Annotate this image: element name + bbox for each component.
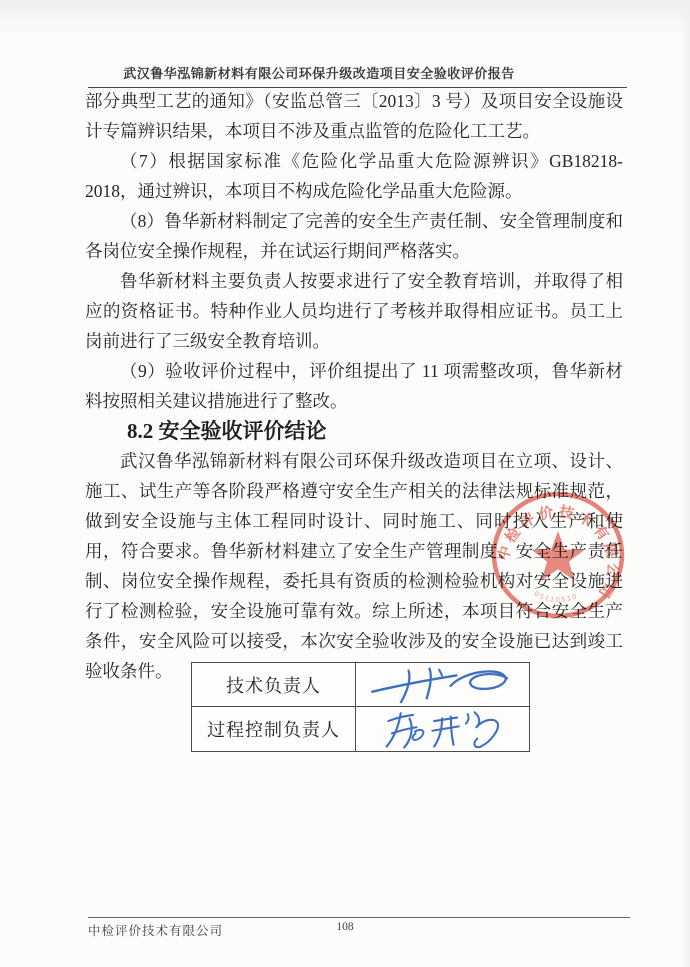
signature-cell-technical [356,663,529,707]
handwritten-signature-process-control [356,707,529,751]
svg-text:05110510: 05110510 [533,591,580,604]
section-heading: 8.2 安全验收评价结论 [85,416,623,446]
page-number: 108 [0,921,690,933]
table-row-label-process-control: 过程控制负责人 [192,707,356,751]
signature-table: 技术负责人 过程控制负责人 [191,662,530,752]
table-row-label-technical: 技术负责人 [192,663,356,707]
page-header-title: 武汉鲁华泓锦新材料有限公司环保升级改造项目安全验收评价报告 [0,63,638,82]
handwritten-signature-technical [356,663,529,706]
company-seal-stamp: 中检评价技术有限公司 05110510 [487,489,629,625]
paragraph: （9）验收评价过程中，评价组提出了 11 项需整改项，鲁华新材料按照相关建议措施… [85,356,623,416]
seal-code-text: 05110510 [533,591,580,604]
paragraph: 部分典型工艺的通知》（安监总管三〔2013〕3 号）及项目安全设施设计专篇辨识结… [85,86,623,146]
scanned-report-page: 武汉鲁华泓锦新材料有限公司环保升级改造项目安全验收评价报告 部分典型工艺的通知》… [0,0,690,967]
paragraph: （8）鲁华新材料制定了完善的安全生产责任制、安全管理制度和各岗位安全操作规程，并… [85,206,623,266]
seal-star-icon [532,531,585,581]
footer-divider [88,917,630,918]
paragraph: （7）根据国家标准《危险化学品重大危险源辨识》GB18218-2018，通过辨识… [85,146,623,206]
seal-graphic: 中检评价技术有限公司 05110510 [487,489,629,625]
paragraph: 鲁华新材料主要负责人按要求进行了安全教育培训，并取得了相应的资格证书。特种作业人… [85,266,623,356]
signature-cell-process-control [356,707,529,751]
